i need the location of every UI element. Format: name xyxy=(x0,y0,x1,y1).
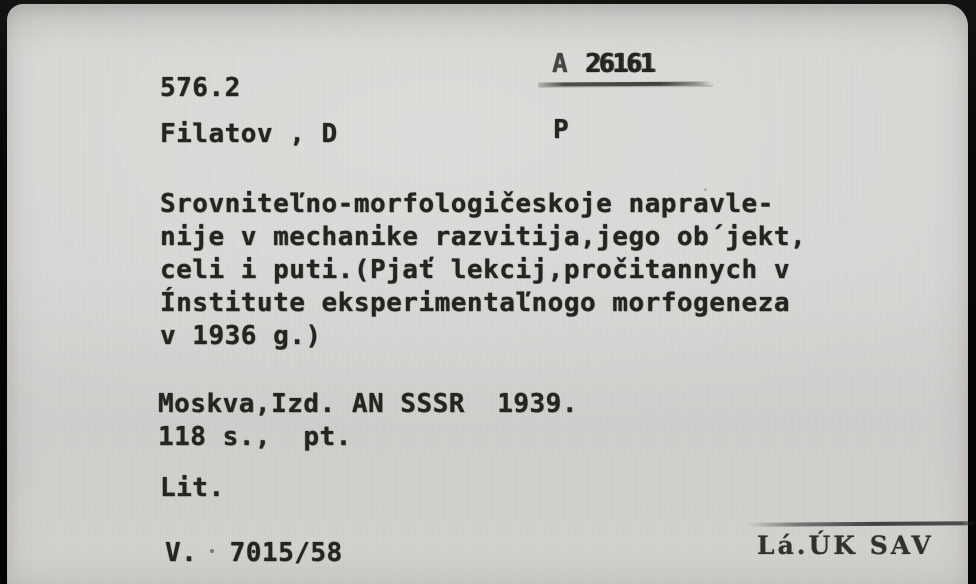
library-stamp: Lá.ÚK SAV xyxy=(757,531,934,560)
title-line: v 1936 g.) xyxy=(160,320,322,353)
title-line: Ínstitute eksperimentaľnogo morfogeneza xyxy=(160,287,790,320)
shelf-number: V. 7015/58 xyxy=(165,537,343,570)
signature-letter: A xyxy=(552,48,568,81)
format-letter: P xyxy=(553,114,569,147)
signature-number: 26161 xyxy=(585,48,653,81)
author-line: Filatov , D xyxy=(160,118,338,151)
title-line: celi i puti.(Pjať lekcij,pročitannych v xyxy=(160,254,790,287)
bibliography-note: Lit. xyxy=(160,472,225,505)
stamp-rule xyxy=(747,521,975,527)
ink-speck xyxy=(210,549,214,553)
ink-speck xyxy=(704,188,707,191)
title-line: nije v mechanike razvitija,jego ob´jekt, xyxy=(160,221,806,254)
imprint-line: Moskva,Izd. AN SSSR 1939. xyxy=(158,388,578,421)
scan-background: 576.2 Filatov , D A 26161 P Srovniteľno-… xyxy=(0,0,976,584)
signature-underline xyxy=(538,82,713,87)
classmark: 576.2 xyxy=(160,72,241,105)
collation-line: 118 s., pt. xyxy=(158,421,352,454)
catalog-card: 576.2 Filatov , D A 26161 P Srovniteľno-… xyxy=(7,4,968,584)
title-line: Srovniteľno-morfologičeskoje napravle- xyxy=(160,188,774,221)
